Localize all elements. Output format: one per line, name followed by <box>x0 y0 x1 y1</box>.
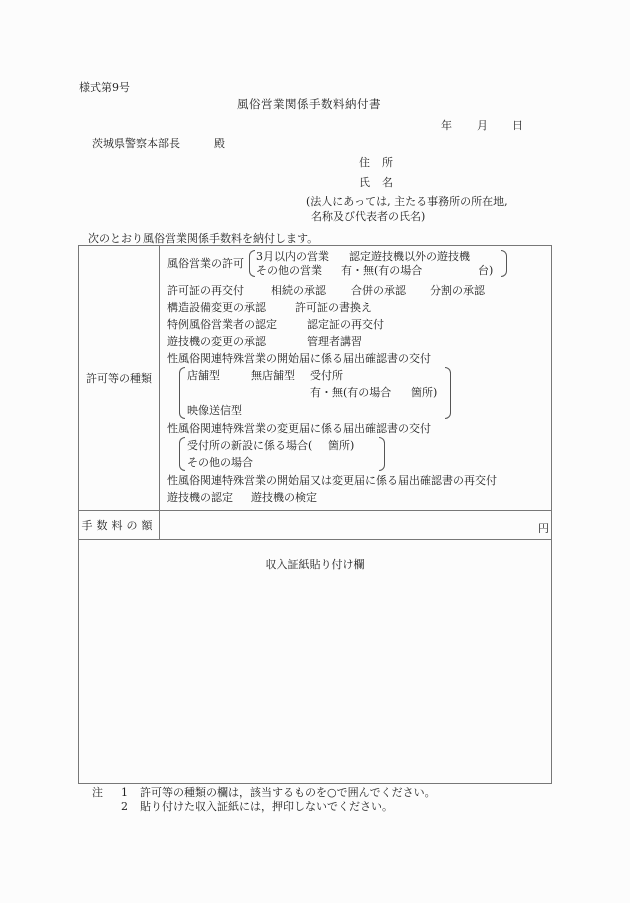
revenue-stamp-area[interactable]: 収入証紙貼り付け欄 <box>79 540 551 783</box>
bracket-left <box>249 250 255 277</box>
unit-machines: 台) <box>478 265 493 276</box>
option-new-reception[interactable]: 受付所の新設に係る場合( <box>187 440 312 451</box>
option-machine-change-approval[interactable]: 遊技機の変更の承認 <box>167 336 266 347</box>
option-start-notice-cert[interactable]: 性風俗関連特殊営業の開始届に係る届出確認書の交付 <box>167 353 431 364</box>
option-permit-nonapproved-machine[interactable]: 認定遊技機以外の遊技機 <box>349 251 470 262</box>
address-label: 住所 <box>359 157 393 168</box>
kind-options: 風俗営業の許可 3月以内の営業 認定遊技機以外の遊技機 その他の営業 有・無(有… <box>160 246 551 510</box>
option-nonstore-type[interactable]: 無店舗型 <box>251 370 295 381</box>
unit-locations: 箇所) <box>411 387 437 398</box>
fee-label: 手数料の額 <box>79 511 160 539</box>
corp-note-line1: (法人にあっては, 主たる事務所の所在地, <box>306 196 508 207</box>
option-reception-yes-no[interactable]: 有・無(有の場合 <box>310 387 391 398</box>
form-number: 様式第9号 <box>79 82 130 93</box>
stamp-area-title: 収入証紙貼り付け欄 <box>79 556 551 572</box>
kind-row: 許可等の種類 風俗営業の許可 3月以内の営業 認定遊技機以外の遊技機 その他の営… <box>79 246 551 511</box>
bracket-right <box>501 250 507 277</box>
yen-unit: 円 <box>538 520 549 536</box>
option-video-transmission[interactable]: 映像送信型 <box>187 405 242 416</box>
unit-locations: 箇所) <box>328 440 354 451</box>
option-change-other[interactable]: その他の場合 <box>187 457 253 468</box>
kind-label: 許可等の種類 <box>79 246 160 510</box>
fee-row: 手数料の額 円 <box>79 511 551 540</box>
addressee: 茨城県警察本部長殿 <box>92 138 225 149</box>
option-division-approval[interactable]: 分割の承認 <box>430 285 485 296</box>
intro-text: 次のとおり風俗営業関係手数料を納付します。 <box>88 233 318 244</box>
option-permit-other[interactable]: その他の営業 <box>256 265 322 276</box>
option-reissue-permit[interactable]: 許可証の再交付 <box>167 285 244 296</box>
date-line: 年 月 日 <box>441 120 481 131</box>
option-permit[interactable]: 風俗営業の許可 <box>167 258 244 269</box>
option-permit-machine-yes-no[interactable]: 有・無(有の場合 <box>341 265 422 276</box>
option-machine-inspection[interactable]: 遊技機の検定 <box>251 492 317 503</box>
option-cert-reissue-notice[interactable]: 性風俗関連特殊営業の開始届又は変更届に係る届出確認書の再交付 <box>167 475 497 486</box>
option-inheritance-approval[interactable]: 相続の承認 <box>271 285 326 296</box>
option-structure-change-approval[interactable]: 構造設備変更の承認 <box>167 302 266 313</box>
name-label: 氏名 <box>359 177 393 188</box>
document-title: 風俗営業関係手数料納付書 <box>0 99 630 111</box>
bracket-right <box>379 437 385 471</box>
option-machine-approval[interactable]: 遊技機の認定 <box>167 492 233 503</box>
bracket-right <box>445 367 451 419</box>
option-permit-rewrite[interactable]: 許可証の書換え <box>295 302 372 313</box>
corp-note-line2: 名称及び代表者の氏名) <box>311 211 425 222</box>
option-change-notice-cert[interactable]: 性風俗関連特殊営業の変更届に係る届出確認書の交付 <box>167 423 431 434</box>
note-2: 2貼り付けた収入証紙には，押印しないでください。 <box>92 801 393 812</box>
option-permit-3months[interactable]: 3月以内の営業 <box>256 251 329 262</box>
fee-amount-field[interactable]: 円 <box>160 511 551 539</box>
fee-form-table: 許可等の種類 風俗営業の許可 3月以内の営業 認定遊技機以外の遊技機 その他の営… <box>78 245 552 784</box>
bracket-left <box>179 437 185 471</box>
bracket-left <box>179 367 185 419</box>
option-special-operator-cert[interactable]: 特例風俗営業者の認定 <box>167 319 277 330</box>
option-reception[interactable]: 受付所 <box>310 370 343 381</box>
note-1: 注1許可等の種類の欄は，該当するものを○で囲んでください。 <box>92 787 436 798</box>
option-manager-training[interactable]: 管理者講習 <box>307 336 362 347</box>
option-store-type[interactable]: 店舗型 <box>187 370 220 381</box>
option-cert-reissue[interactable]: 認定証の再交付 <box>307 319 384 330</box>
option-merger-approval[interactable]: 合併の承認 <box>351 285 406 296</box>
